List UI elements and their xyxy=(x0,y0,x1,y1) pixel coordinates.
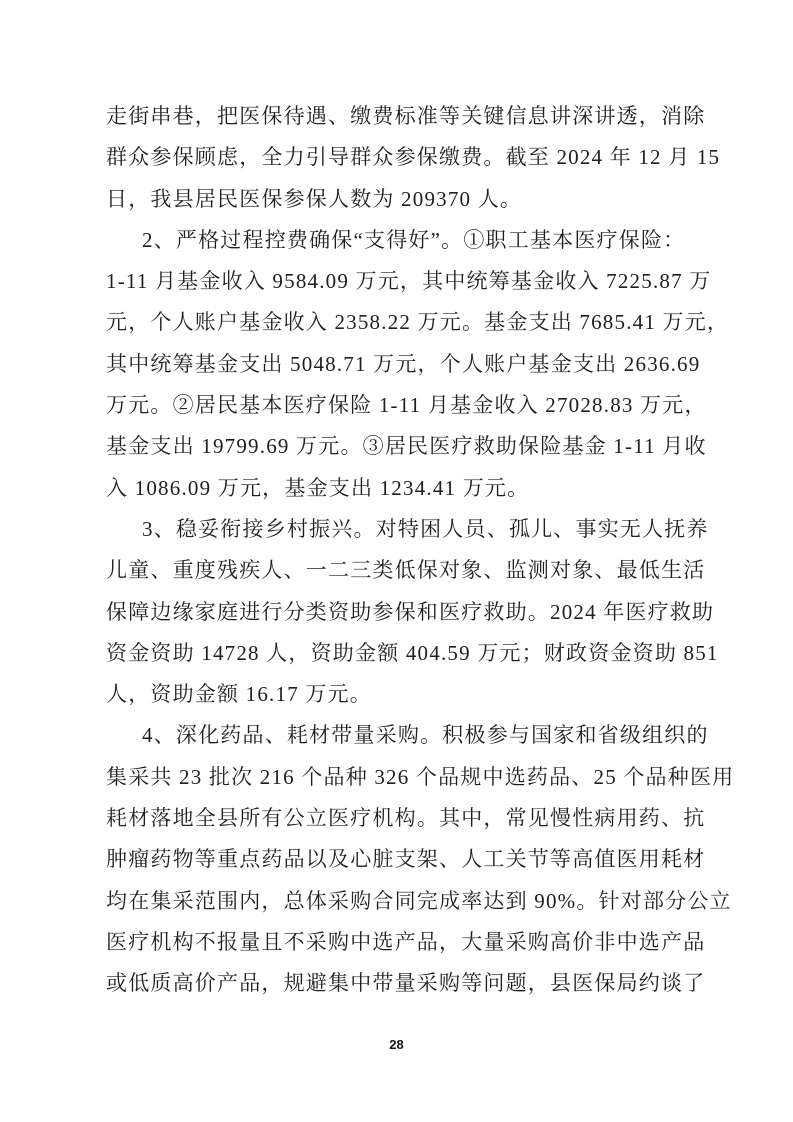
text-line: 基金支出 19799.69 万元。③居民医疗救助保险基金 1-11 月收 xyxy=(106,426,683,467)
text-line: 元，个人账户基金收入 2358.22 万元。基金支出 7685.41 万元， xyxy=(106,302,683,343)
text-line: 人，资助金额 16.17 万元。 xyxy=(106,674,683,715)
page-number: 28 xyxy=(389,1037,403,1052)
text-line: 群众参保顾虑，全力引导群众参保缴费。截至 2024 年 12 月 15 xyxy=(106,137,683,178)
text-line: 3、稳妥衔接乡村振兴。对特困人员、孤儿、事实无人抚养 xyxy=(106,509,683,550)
text-line: 均在集采范围内，总体采购合同完成率达到 90%。针对部分公立 xyxy=(106,881,683,922)
text-line: 集采共 23 批次 216 个品种 326 个品规中选药品、25 个品种医用 xyxy=(106,757,683,798)
paragraph-3: 3、稳妥衔接乡村振兴。对特困人员、孤儿、事实无人抚养儿童、重度残疾人、一二三类低… xyxy=(106,509,683,715)
text-line: 儿童、重度残疾人、一二三类低保对象、监测对象、最低生活 xyxy=(106,550,683,591)
text-line: 日，我县居民医保参保人数为 209370 人。 xyxy=(106,179,683,220)
text-line: 1-11 月基金收入 9584.09 万元，其中统筹基金收入 7225.87 万 xyxy=(106,261,683,302)
paragraph-1: 走街串巷，把医保待遇、缴费标准等关键信息讲深讲透，消除群众参保顾虑，全力引导群众… xyxy=(106,96,683,220)
text-block: 走街串巷，把医保待遇、缴费标准等关键信息讲深讲透，消除群众参保顾虑，全力引导群众… xyxy=(106,96,683,1005)
text-line: 肿瘤药物等重点药品以及心脏支架、人工关节等高值医用耗材 xyxy=(106,839,683,880)
text-line: 耗材落地全县所有公立医疗机构。其中，常见慢性病用药、抗 xyxy=(106,798,683,839)
text-line: 万元。②居民基本医疗保险 1-11 月基金收入 27028.83 万元， xyxy=(106,385,683,426)
text-line: 保障边缘家庭进行分类资助参保和医疗救助。2024 年医疗救助 xyxy=(106,592,683,633)
text-line: 或低质高价产品，规避集中带量采购等问题，县医保局约谈了 xyxy=(106,963,683,1004)
text-line: 入 1086.09 万元，基金支出 1234.41 万元。 xyxy=(106,468,683,509)
text-line: 2、严格过程控费确保“支得好”。①职工基本医疗保险： xyxy=(106,220,683,261)
page-footer: 28 xyxy=(0,1036,793,1054)
text-line: 其中统筹基金支出 5048.71 万元，个人账户基金支出 2636.69 xyxy=(106,344,683,385)
text-line: 资金资助 14728 人，资助金额 404.59 万元；财政资金资助 851 xyxy=(106,633,683,674)
text-line: 医疗机构不报量且不采购中选产品，大量采购高价非中选产品 xyxy=(106,922,683,963)
document-page: 走街串巷，把医保待遇、缴费标准等关键信息讲深讲透，消除群众参保顾虑，全力引导群众… xyxy=(0,0,793,1122)
paragraph-2: 2、严格过程控费确保“支得好”。①职工基本医疗保险：1-11 月基金收入 958… xyxy=(106,220,683,509)
text-line: 走街串巷，把医保待遇、缴费标准等关键信息讲深讲透，消除 xyxy=(106,96,683,137)
text-line: 4、深化药品、耗材带量采购。积极参与国家和省级组织的 xyxy=(106,715,683,756)
paragraph-4: 4、深化药品、耗材带量采购。积极参与国家和省级组织的集采共 23 批次 216 … xyxy=(106,715,683,1004)
